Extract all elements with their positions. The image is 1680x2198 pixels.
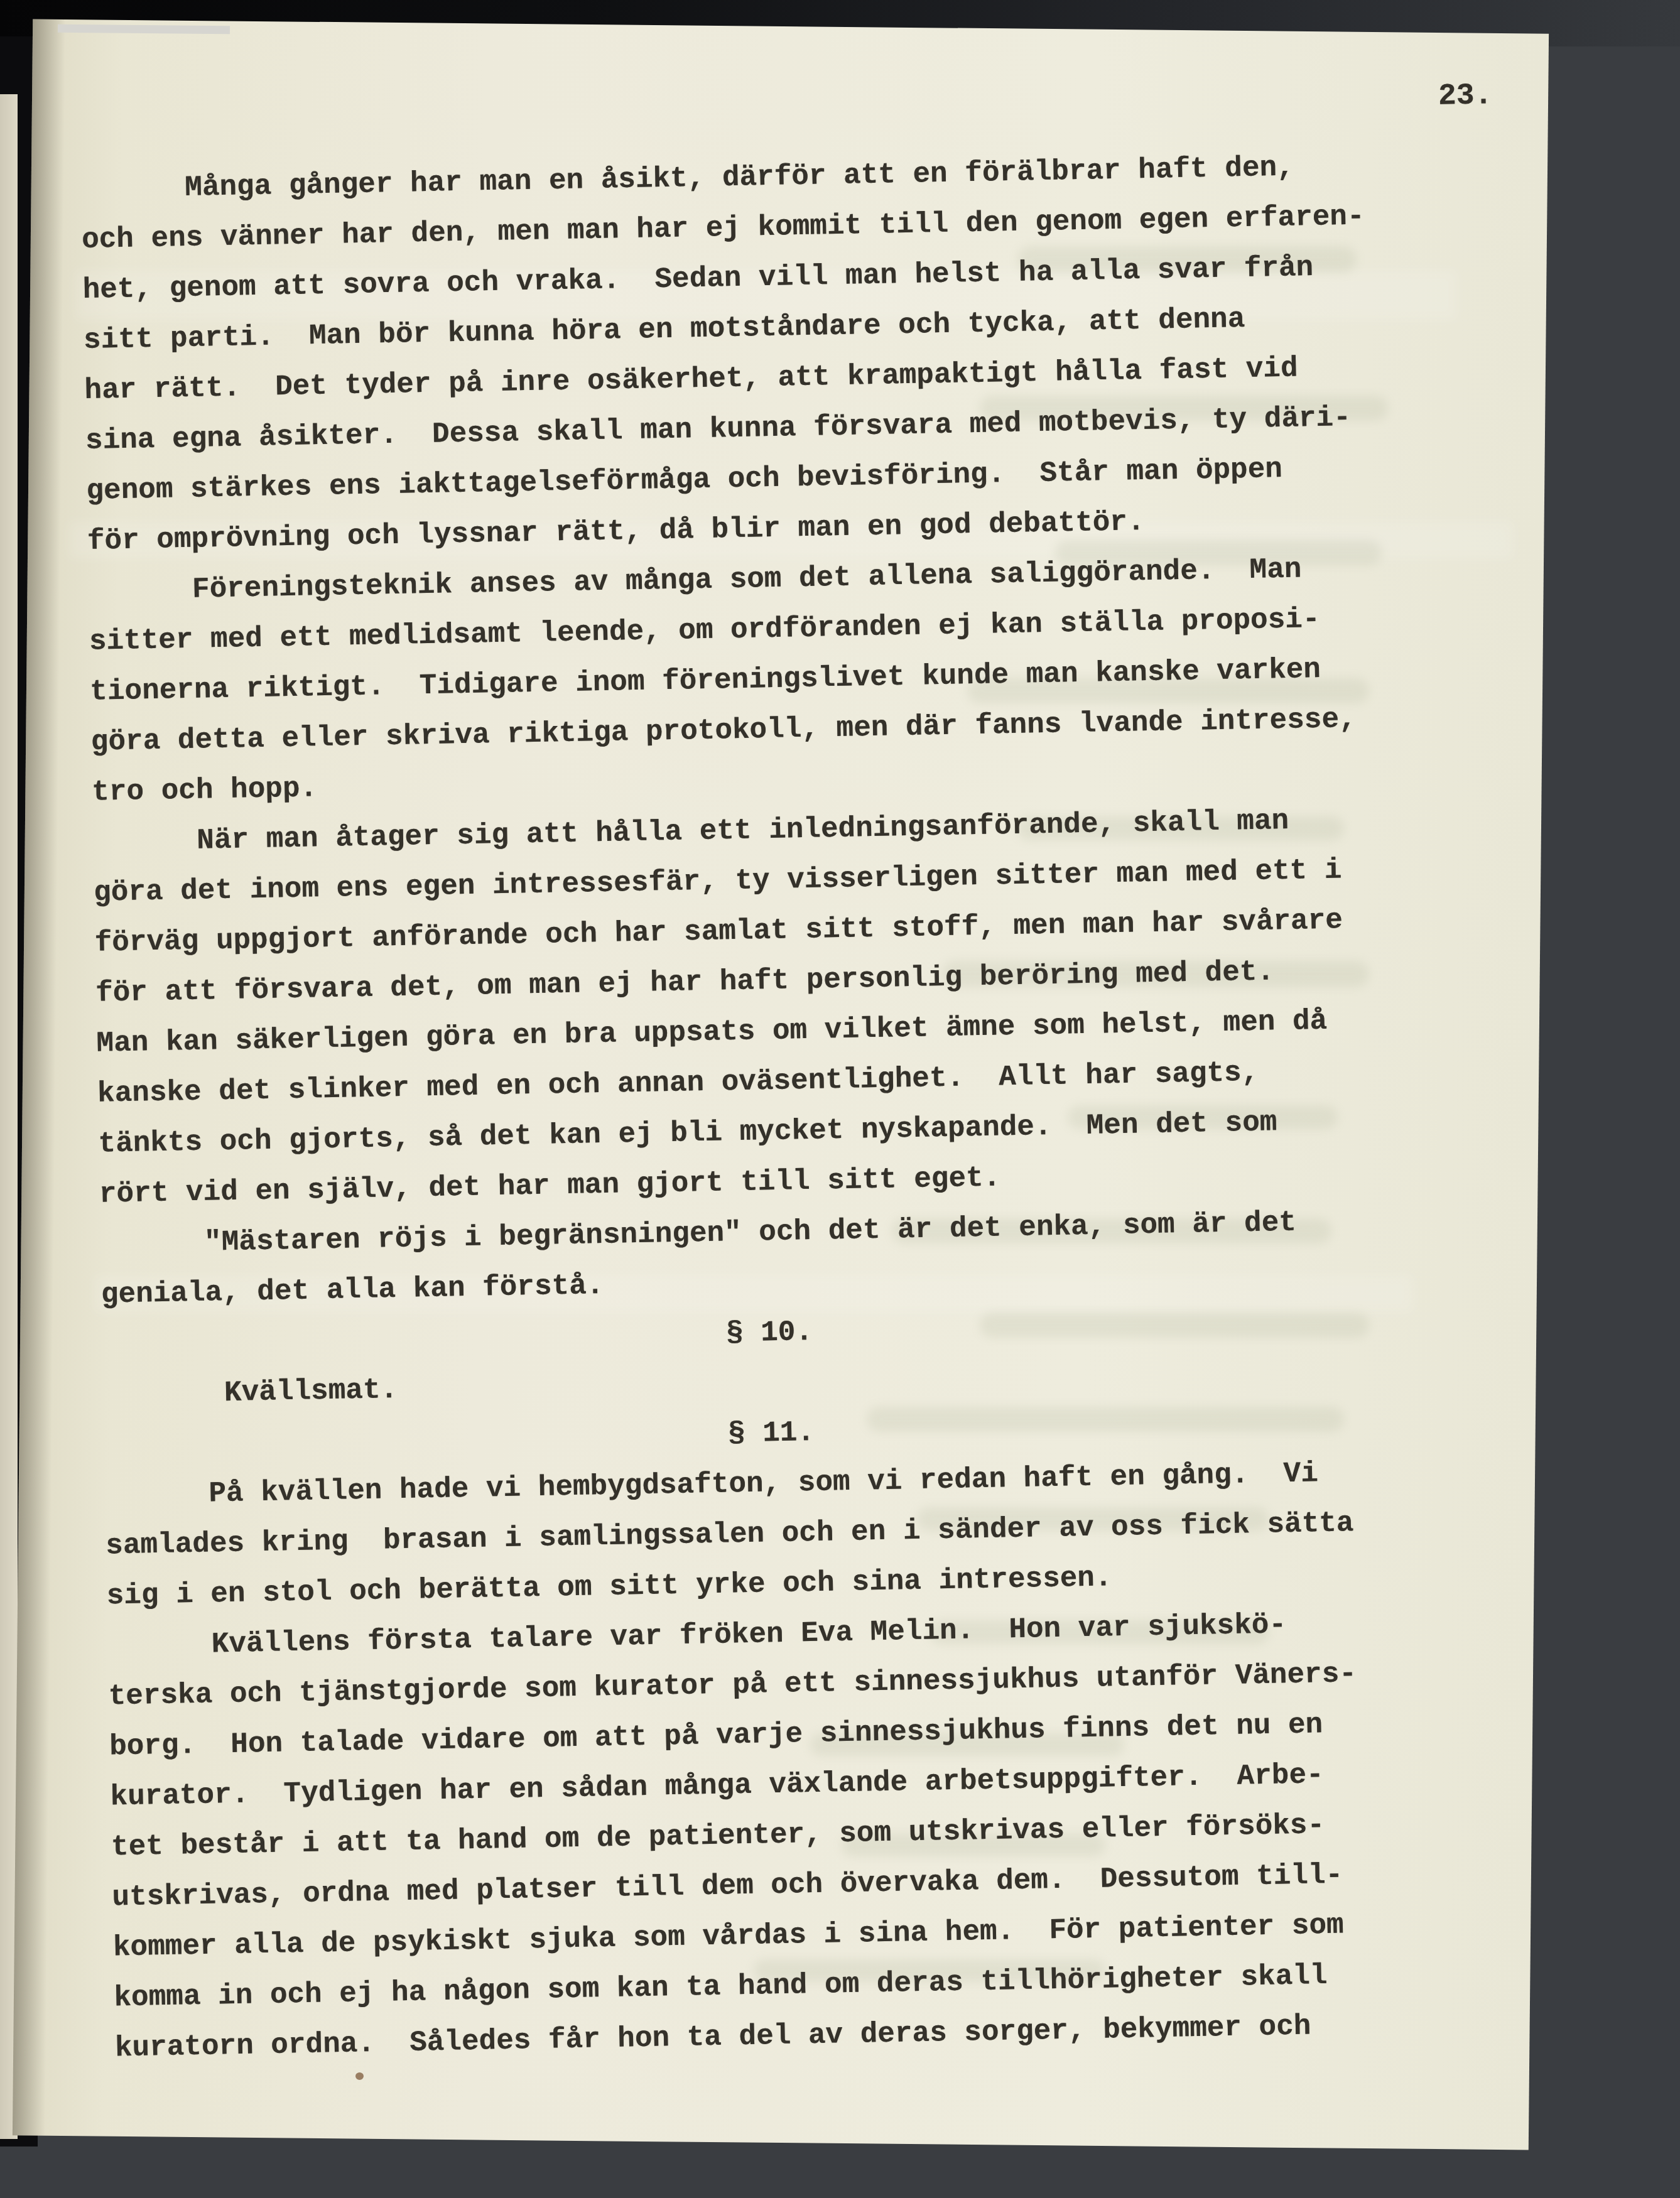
typewritten-text-block: Många gånger har man en åsikt, därför at… bbox=[80, 140, 1446, 2073]
paper-speck bbox=[355, 2072, 364, 2080]
paper-top-edge-highlight bbox=[58, 24, 230, 35]
scanned-book-page-photo: { "document": { "page_number": "23.", "c… bbox=[0, 0, 1680, 2198]
page-number: 23. bbox=[1438, 78, 1493, 114]
